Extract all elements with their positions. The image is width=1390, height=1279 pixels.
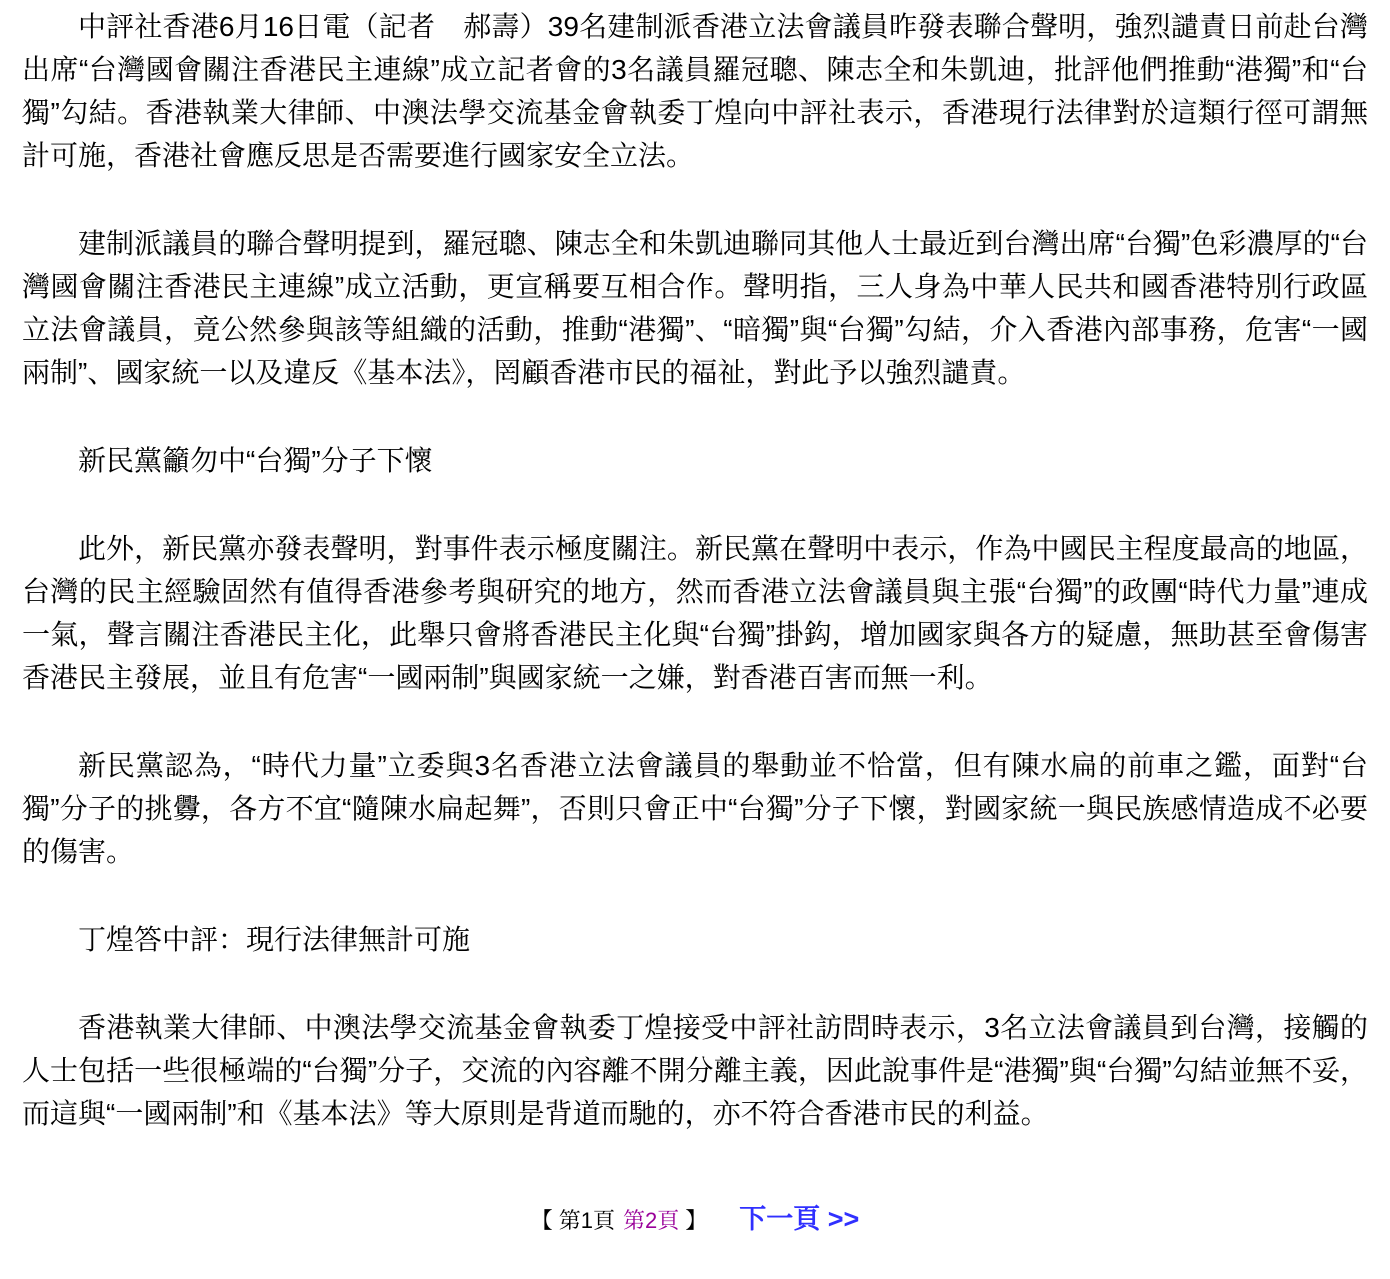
article-paragraph: 此外，新民黨亦發表聲明，對事件表示極度關注。新民黨在聲明中表示，作為中國民主程度… xyxy=(22,527,1368,699)
pagination-page-2-link[interactable]: 第2頁 xyxy=(623,1208,679,1233)
pagination: 【第1頁第2頁】下一頁 >> xyxy=(0,1197,1390,1252)
pagination-bracket-close: 】 xyxy=(685,1208,707,1233)
pagination-current-page: 第1頁 xyxy=(559,1208,615,1233)
article-paragraph: 建制派議員的聯合聲明提到，羅冠聰、陳志全和朱凱迪聯同其他人士最近到台灣出席“台獨… xyxy=(22,222,1368,394)
article-paragraph: 中評社香港6月16日電（記者 郝壽）39名建制派香港立法會議員昨發表聯合聲明，強… xyxy=(22,5,1368,177)
article-paragraph: 新民黨認為，“時代力量”立委與3名香港立法會議員的舉動並不恰當，但有陳水扁的前車… xyxy=(22,744,1368,873)
article-paragraph: 香港執業大律師、中澳法學交流基金會執委丁煌接受中評社訪問時表示，3名立法會議員到… xyxy=(22,1006,1368,1135)
article-subheading: 丁煌答中評：現行法律無計可施 xyxy=(22,918,1368,961)
article-subheading: 新民黨籲勿中“台獨”分子下懷 xyxy=(22,439,1368,482)
article-body: 中評社香港6月16日電（記者 郝壽）39名建制派香港立法會議員昨發表聯合聲明，強… xyxy=(0,0,1390,1135)
pagination-bracket-open: 【 xyxy=(531,1208,553,1233)
next-page-link[interactable]: 下一頁 >> xyxy=(739,1204,859,1234)
